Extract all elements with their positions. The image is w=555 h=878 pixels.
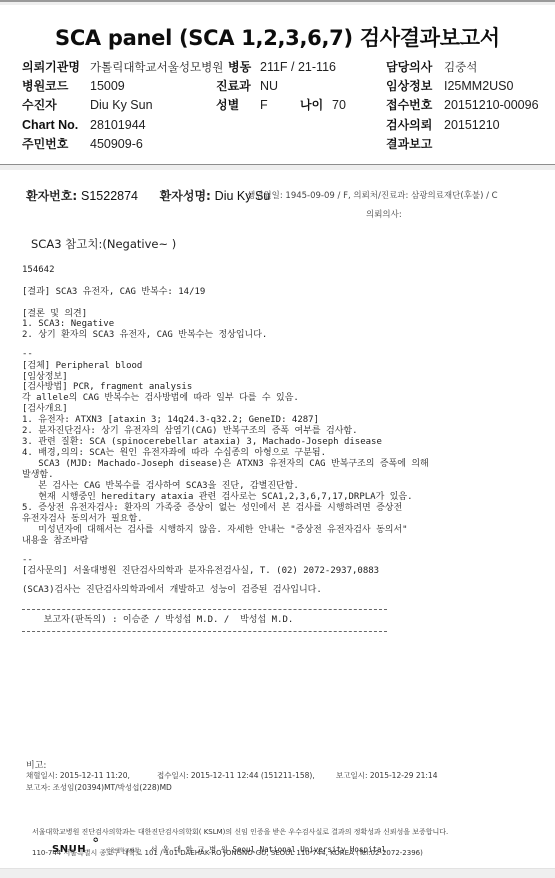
patient-value: Diu Ky Sun	[90, 98, 153, 112]
resident-no-label: 주민번호	[22, 137, 68, 151]
department-value: NU	[260, 79, 278, 93]
inquiry: [검사문의] 서울대병원 진단검사의학과 분자유전검사실, T. (02) 20…	[22, 566, 379, 577]
hospital-address: 110-744 서울특별시 종로구 대학로 101 / 101 DAEHAK-R…	[32, 848, 423, 858]
overview-4e: 현재 시행중인 hereditary ataxia 관련 검사로는 SCA1,2…	[22, 492, 413, 503]
hospital-code-value: 15009	[90, 79, 125, 93]
age-label: 나이	[300, 98, 323, 112]
overview-4: 4. 배경,의의: SCA는 원인 유전자좌에 따라 수십종의 아형으로 구분됨…	[22, 448, 326, 459]
ward-label: 병동	[228, 60, 251, 74]
section-band	[0, 165, 555, 170]
page-title: SCA panel (SCA 1,2,3,6,7) 검사결과보고서	[55, 22, 500, 52]
overview-5c: 미성년자에 대해서는 검사를 시행하지 않음. 자세한 안내는 "증상전 유전자…	[22, 525, 408, 536]
institution-value: 가톨릭대학교서울성모병원	[90, 60, 223, 74]
reference-range: SCA3 참고치:(Negative~ )	[31, 236, 176, 252]
top-band	[0, 2, 555, 5]
age-value: 70	[332, 98, 346, 112]
receipt-time: 접수일시: 2015-12-11 12:44 (151211-158),	[157, 770, 315, 781]
overview-5b: 유전자검사 동의서가 필요함.	[22, 514, 143, 525]
ward-value: 211F / 21-116	[260, 60, 336, 74]
reporter-divider-bottom	[22, 631, 387, 632]
validation-note: (SCA3)검사는 진단검사의학과에서 개발하고 성능이 검증된 검사입니다.	[22, 585, 322, 596]
receipt-no-value: 20151210-00096	[444, 98, 539, 112]
specimen: [검체] Peripheral blood	[22, 361, 142, 372]
reporter-divider-top	[22, 609, 387, 610]
patient-name-label: 환자성명:	[160, 189, 211, 203]
hospital-code-label: 병원코드	[22, 79, 68, 93]
overview-2: 2. 분자진단검사: 상기 유전자의 삼염기(CAG) 반복구조의 증폭 여부를…	[22, 426, 358, 437]
reporter-line: 보고자: 조성임(20394)MT/박성섭(228)MD	[26, 782, 172, 793]
resident-no-value: 450909-6	[90, 137, 143, 151]
patient-label: 수진자	[22, 98, 57, 112]
patient-header: 환자번호: S1522874 환자성명: Diu Ky Su	[26, 187, 270, 204]
chart-no-label: Chart No.	[22, 118, 78, 132]
overview-title: [검사개요]	[22, 404, 68, 415]
doctor-value: 김중석	[444, 60, 477, 74]
divider-1: --	[22, 349, 33, 360]
bottom-band	[0, 868, 555, 878]
birth-info: 생년월일: 1945-09-09 / F, 의뢰처/진료과: 삼광의료재단(후불…	[247, 189, 498, 201]
overview-3: 3. 관련 질환: SCA (spinocerebellar ataxia) 3…	[22, 437, 382, 448]
clinical-info-label: 임상정보	[386, 79, 432, 93]
reporter: 보고자(판독의) : 이승준 / 박성섭 M.D. / 박성섭 M.D.	[22, 615, 293, 626]
conclusion-2: 2. 상기 환자의 SCA3 유전자, CAG 반복수는 정상입니다.	[22, 330, 267, 341]
divider-2: --	[22, 555, 33, 566]
department-label: 진료과	[216, 79, 251, 93]
sex-value: F	[260, 98, 268, 112]
test-request-label: 검사의뢰	[386, 118, 432, 132]
collection-time: 채혈일시: 2015-12-11 11:20,	[26, 770, 130, 781]
institution-label: 의뢰기관명	[22, 60, 80, 74]
overview-4b: SCA3 (MJD: Machado-Joseph disease)은 ATXN…	[22, 459, 429, 470]
logo-mark-icon: ✪	[93, 837, 98, 844]
result-report-label: 결과보고	[386, 137, 432, 151]
overview-5: 5. 증상전 유전자검사: 환자의 가족중 증상이 없는 성인에서 본 검사를 …	[22, 503, 402, 514]
specimen-id: 154642	[22, 265, 55, 276]
method-note: 각 allele의 CAG 반복수는 검사방법에 따라 일부 다를 수 있음.	[22, 393, 299, 404]
certification-text: 서울대학교병원 진단검사의학과는 대한진단검사의학회( KSLM)의 신임 인증…	[32, 827, 448, 837]
requesting-doctor: 의뢰의사:	[366, 208, 402, 220]
receipt-no-label: 접수번호	[386, 98, 432, 112]
patient-no-value: S1522874	[81, 189, 138, 203]
overview-5d: 내용을 참조바람	[22, 536, 88, 547]
result-line: [결과] SCA3 유전자, CAG 반복수: 14/19	[22, 287, 205, 298]
sex-label: 성별	[216, 98, 239, 112]
method: [검사방법] PCR, fragment analysis	[22, 382, 192, 393]
overview-4d: 본 검사는 CAG 반복수를 검사하여 SCA3을 진단, 감별진단함.	[22, 481, 299, 492]
overview-4c: 발생함.	[22, 470, 54, 481]
test-request-value: 20151210	[444, 118, 500, 132]
clinical-info-value: I25MM2US0	[444, 79, 513, 93]
patient-no-label: 환자번호:	[26, 189, 77, 203]
overview-1: 1. 유전자: ATXN3 [ataxin 3; 14q24.3-q32.2; …	[22, 415, 319, 426]
report-time: 보고일시: 2015-12-29 21:14	[336, 770, 437, 781]
conclusion-1: 1. SCA3: Negative	[22, 319, 114, 330]
chart-no-value: 28101944	[90, 118, 146, 132]
doctor-label: 담당의사	[386, 60, 432, 74]
